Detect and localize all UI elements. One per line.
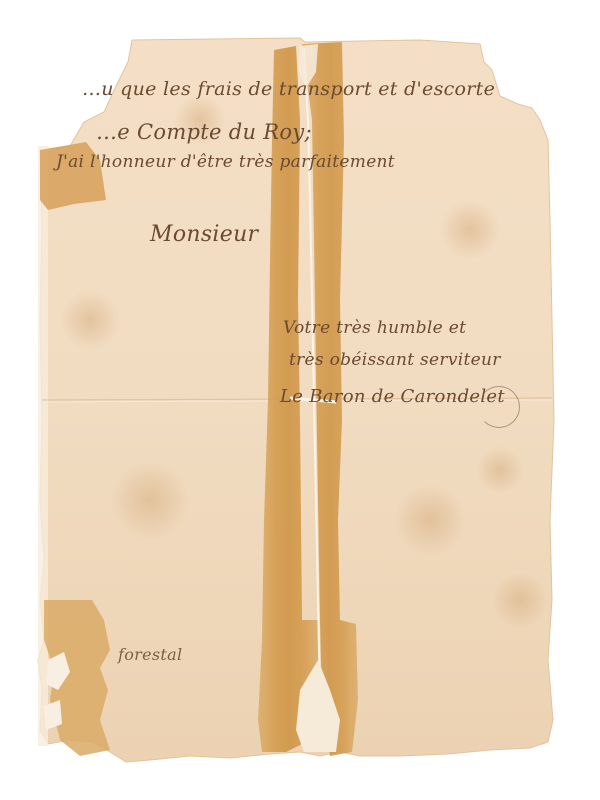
letter-line-2: …e Compte du Roy; [96,120,312,144]
letter-photo: …u que les frais de transport et d'escor… [0,0,600,800]
letter-line-1: …u que les frais de transport et d'escor… [82,78,495,100]
closing-line-1: Votre très humble et [283,318,466,338]
signature-flourish-icon [478,386,520,428]
closing-line-2: très obéissant serviteur [289,350,501,370]
letter-line-3: J'ai l'honneur d'être très parfaitement [56,152,395,172]
margin-annotation: forestal [118,645,182,664]
signature: Le Baron de Carondelet [280,386,505,407]
salutation: Monsieur [150,222,258,247]
